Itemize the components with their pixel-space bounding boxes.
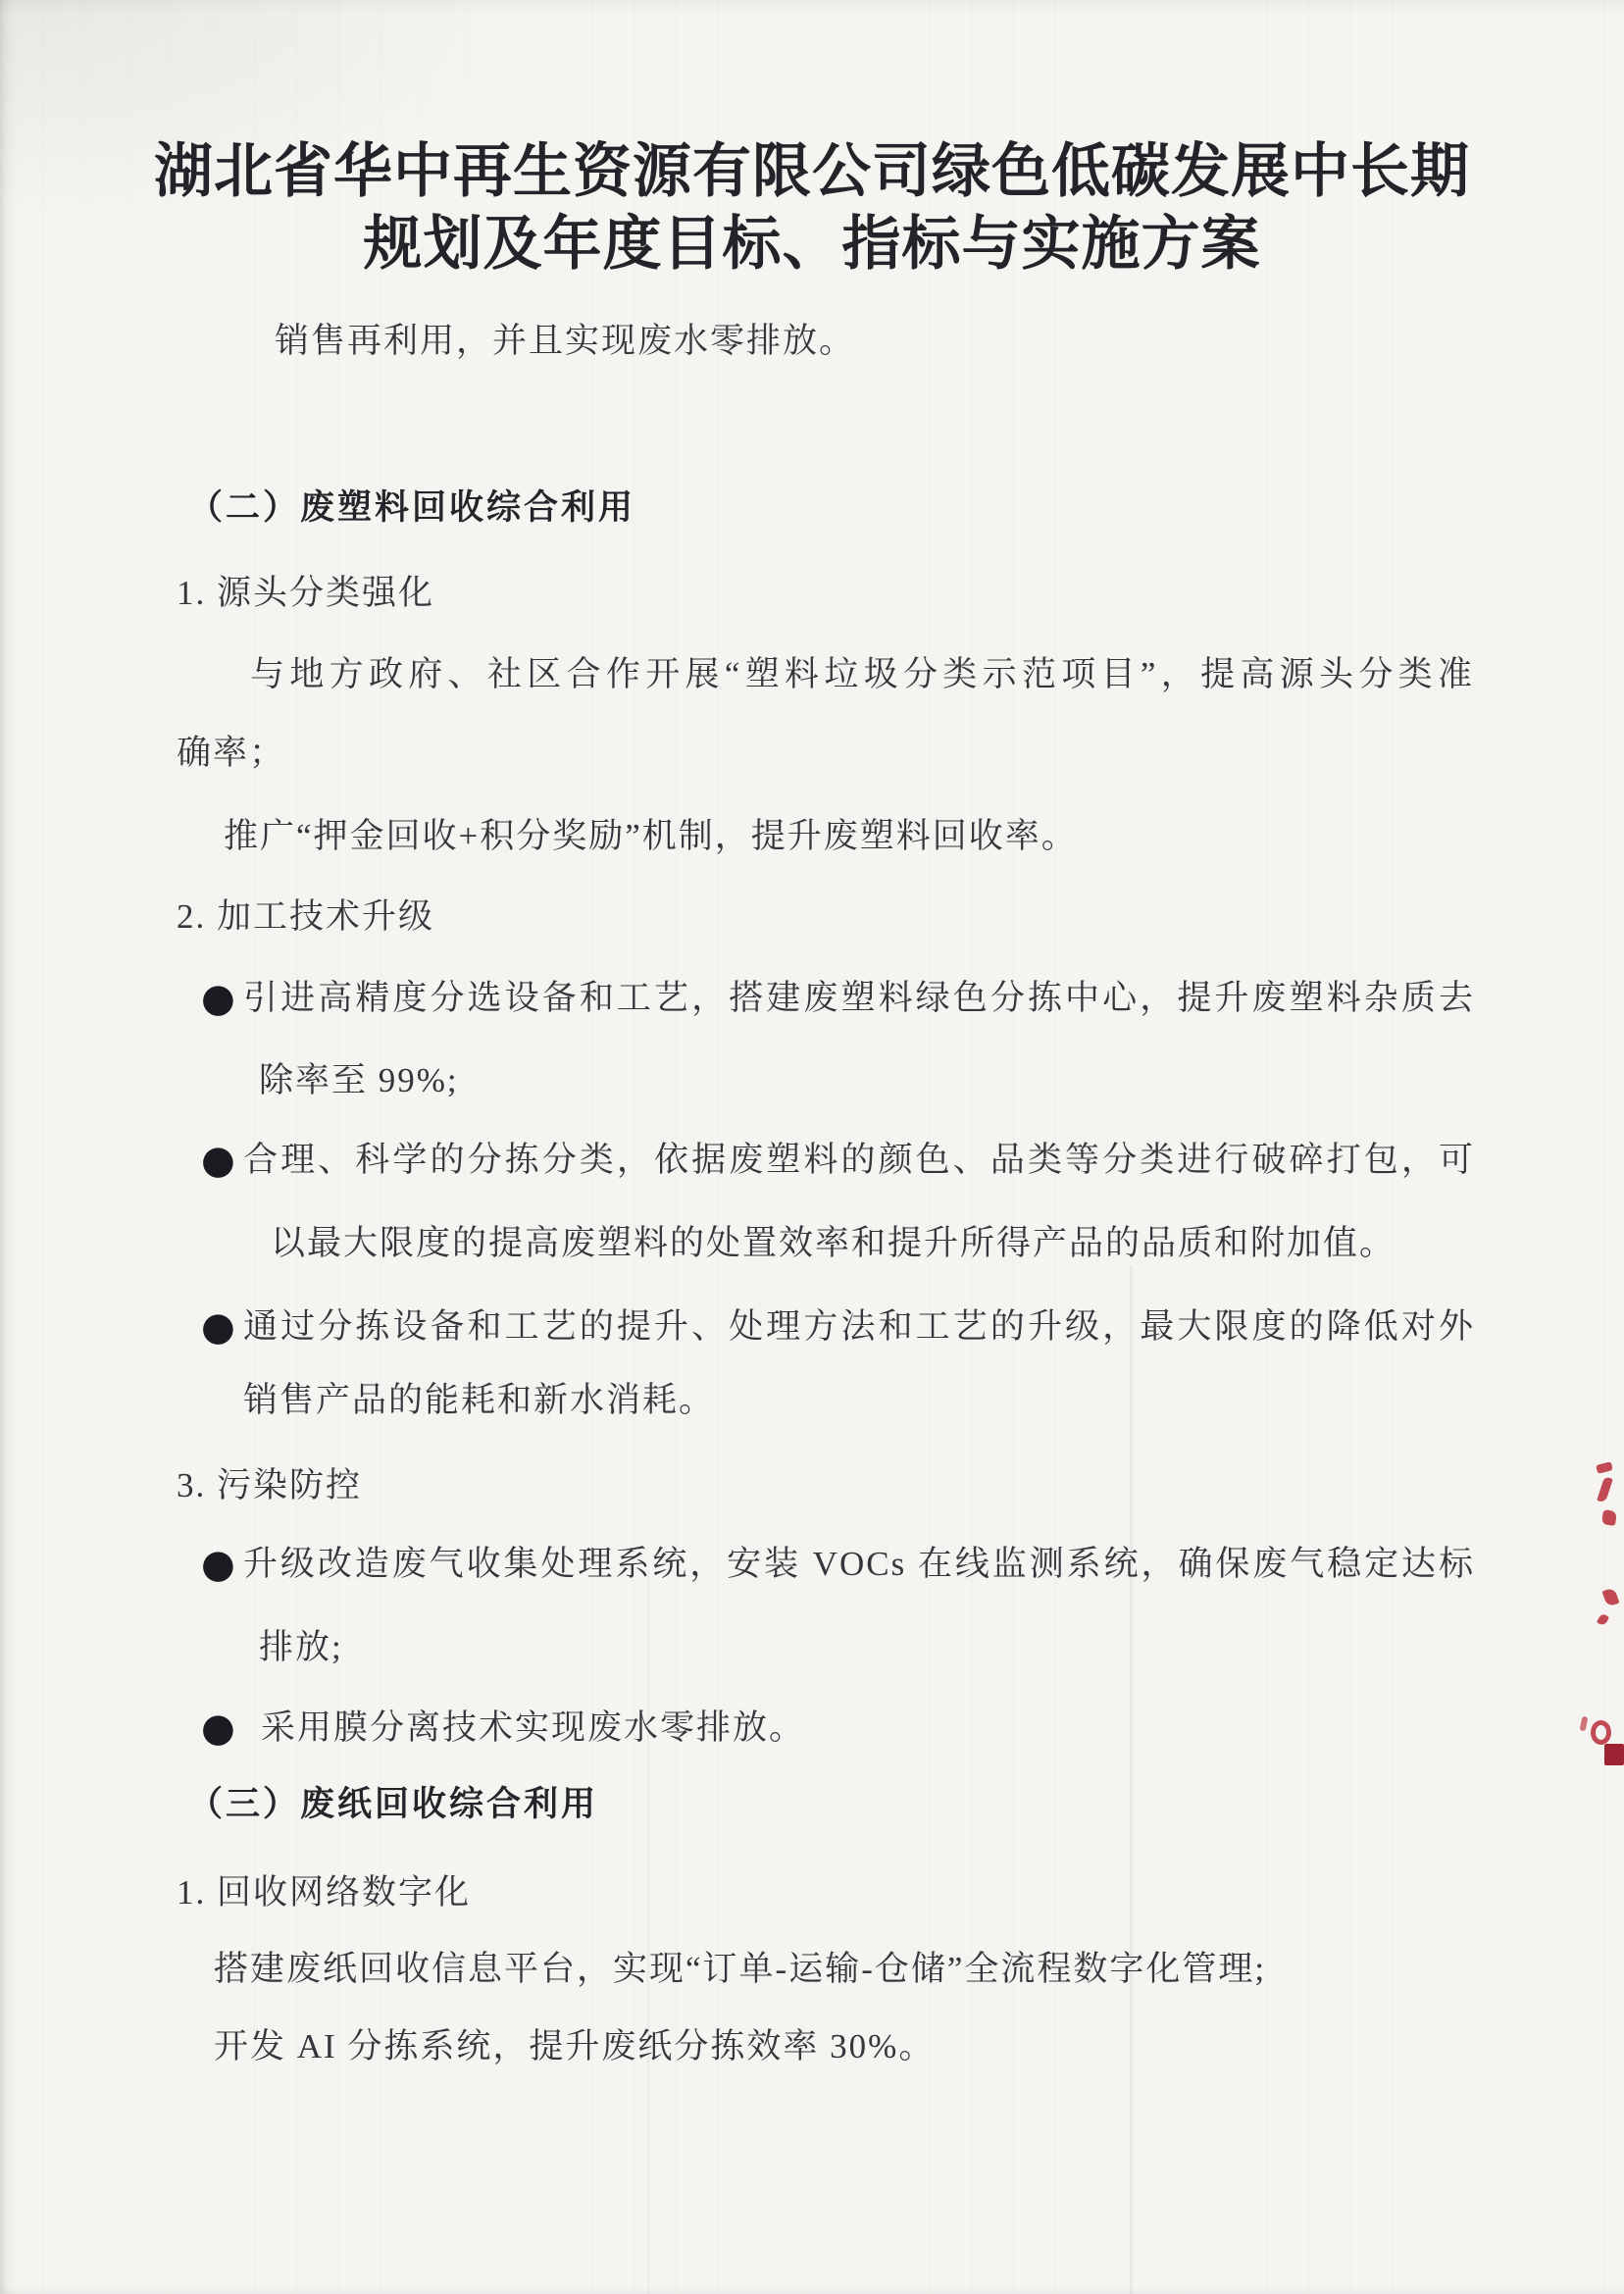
section-heading-plastic-recycling: （二）废塑料回收综合利用 [188,485,635,531]
paragraph-deposit-incentive: 推广“押金回收+积分奖励”机制，提升废塑料回收率。 [224,814,1078,859]
scan-streak [1130,1265,1133,2294]
stamp-fragment-middle [1593,1589,1624,1638]
bullet-sorting-equipment-line-2: 除率至 99%; [259,1058,459,1103]
paragraph-classification-pilot-line-1: 与地方政府、社区合作开展“塑料垃圾分类示范项目”，提高源头分类准 [250,652,1474,697]
bullet-scientific-sorting-line-1: 合理、科学的分拣分类，依据废塑料的颜色、品类等分类进行破碎打包，可 [243,1138,1475,1183]
stamp-fragment-top [1583,1461,1624,1540]
bullet-scientific-sorting-line-2: 以最大限度的提高废塑料的处置效率和提升所得产品的品质和附加值。 [271,1221,1396,1266]
subheading-processing-upgrade: 2. 加工技术升级 [177,894,434,940]
bullet-vocs-monitoring-line-2: 排放; [259,1625,343,1670]
bullet-icon: ● [201,1144,235,1177]
section-heading-paper-recycling: （三）废纸回收综合利用 [188,1782,598,1827]
bullet-sorting-equipment-line-1: 引进高精度分选设备和工艺，搭建废塑料绿色分拣中心，提升废塑料杂质去 [243,976,1475,1021]
bullet-vocs-monitoring-line-1: 升级改造废气收集处理系统，安装 VOCs 在线监测系统，确保废气稳定达标 [243,1542,1475,1587]
paragraph-ai-sorting: 开发 AI 分拣系统，提升废纸分拣效率 30%。 [214,2024,935,2069]
document-title-line-1: 湖北省华中再生资源有限公司绿色低碳发展中长期 [0,137,1624,206]
paragraph-intro: 销售再利用，并且实现废水零排放。 [275,319,855,364]
bullet-icon: ● [201,1711,235,1745]
paragraph-classification-pilot-line-2: 确率； [177,731,285,776]
document-title-line-2: 规划及年度目标、指标与实施方案 [0,210,1624,279]
scan-streak [647,1569,649,2294]
subheading-pollution-control: 3. 污染防控 [177,1463,362,1508]
bullet-icon: ● [201,1310,235,1344]
paragraph-paper-platform: 搭建废纸回收信息平台，实现“订单-运输-仓储”全流程数字化管理; [214,1947,1266,1992]
bullet-icon: ● [201,982,235,1015]
bullet-energy-reduction-line-2: 销售产品的能耗和新水消耗。 [243,1378,715,1423]
stamp-fragment-bottom [1577,1708,1624,1767]
bullet-energy-reduction-line-1: 通过分拣设备和工艺的提升、处理方法和工艺的升级，最大限度的降低对外 [243,1304,1475,1350]
bullet-icon: ● [201,1548,235,1581]
document-page: 湖北省华中再生资源有限公司绿色低碳发展中长期 规划及年度目标、指标与实施方案 销… [0,0,1624,2294]
bullet-membrane-separation: 采用膜分离技术实现废水零排放。 [261,1706,805,1751]
subheading-digital-network: 1. 回收网络数字化 [177,1870,471,1915]
subheading-source-classification: 1. 源头分类强化 [177,571,434,616]
